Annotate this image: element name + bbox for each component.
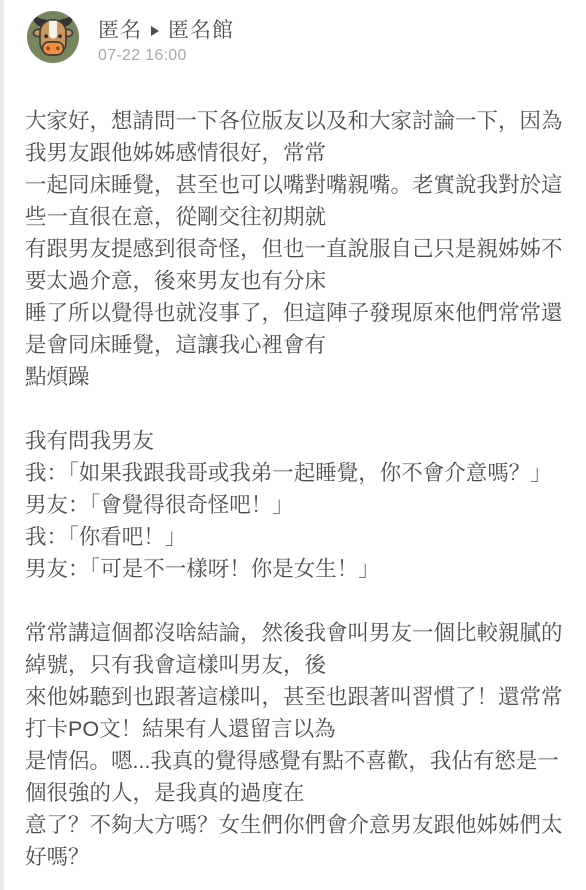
post-text-line <box>25 393 581 425</box>
post-text-line: 意了？不夠大方嗎？女生們你們會介意男友跟他姊姊們太 <box>25 809 581 841</box>
post-text-line: 要太過介意，後來男友也有分床 <box>25 265 581 297</box>
post-body: 大家好，想請問一下各位版友以及和大家討論一下，因為我男友跟他姊姊感情很好，常常一… <box>25 105 581 873</box>
post-text-line: 男友：「會覺得很奇怪吧！」 <box>25 489 581 521</box>
post-page: 匿名匿名館 07-22 16:00 大家好，想請問一下各位版友以及和大家討論一下… <box>0 0 586 890</box>
post-text-line: 綽號，只有我會這樣叫男友，後 <box>25 649 581 681</box>
post-author-row: 匿名匿名館 <box>98 17 234 44</box>
post-text-line: 來他姊聽到也跟著這樣叫，甚至也跟著叫習慣了！還常常 <box>25 681 581 713</box>
post-text-line: 些一直很在意，從剛交往初期就 <box>25 201 581 233</box>
breadcrumb-arrow-icon <box>151 26 159 36</box>
post-text-line: 打卡PO文！結果有人還留言以為 <box>25 713 581 745</box>
anonymous-username[interactable]: 匿名 <box>98 19 142 42</box>
left-edge-strip <box>0 0 4 890</box>
post-text-line <box>25 585 581 617</box>
post-text-line: 我男友跟他姊姊感情很好，常常 <box>25 137 581 169</box>
post-text-line: 一起同床睡覺，甚至也可以嘴對嘴親嘴。老實說我對於這 <box>25 169 581 201</box>
post-text-line: 男友：「可是不一樣呀！你是女生！」 <box>25 553 581 585</box>
post-text-line: 常常講這個都沒啥結論，然後我會叫男友一個比較親膩的 <box>25 617 581 649</box>
post-text-line: 是會同床睡覺，這讓我心裡會有 <box>25 329 581 361</box>
post-text-line: 我有問我男友 <box>25 425 581 457</box>
post-text-line: 大家好，想請問一下各位版友以及和大家討論一下，因為 <box>25 105 581 137</box>
post-text-line: 是情侶。嗯...我真的覺得感覺有點不喜歡，我佔有慾是一 <box>25 745 581 777</box>
post-text-line: 睡了所以覺得也就沒事了，但這陣子發現原來他們常常還 <box>25 297 581 329</box>
post-text-line: 好嗎？ <box>25 841 581 873</box>
ox-face-icon <box>27 11 79 63</box>
post-text-line: 有跟男友提感到很奇怪，但也一直說服自己只是親姊姊不 <box>25 233 581 265</box>
post-text-line: 我：「如果我跟我哥或我弟一起睡覺，你不會介意嗎？」 <box>25 457 581 489</box>
post-text-line: 點煩躁 <box>25 361 581 393</box>
post-timestamp: 07-22 16:00 <box>98 46 187 65</box>
post-text-line: 我：「你看吧！」 <box>25 521 581 553</box>
post-text-line: 個很強的人，是我真的過度在 <box>25 777 581 809</box>
avatar[interactable] <box>27 11 79 63</box>
board-name[interactable]: 匿名館 <box>168 19 234 42</box>
